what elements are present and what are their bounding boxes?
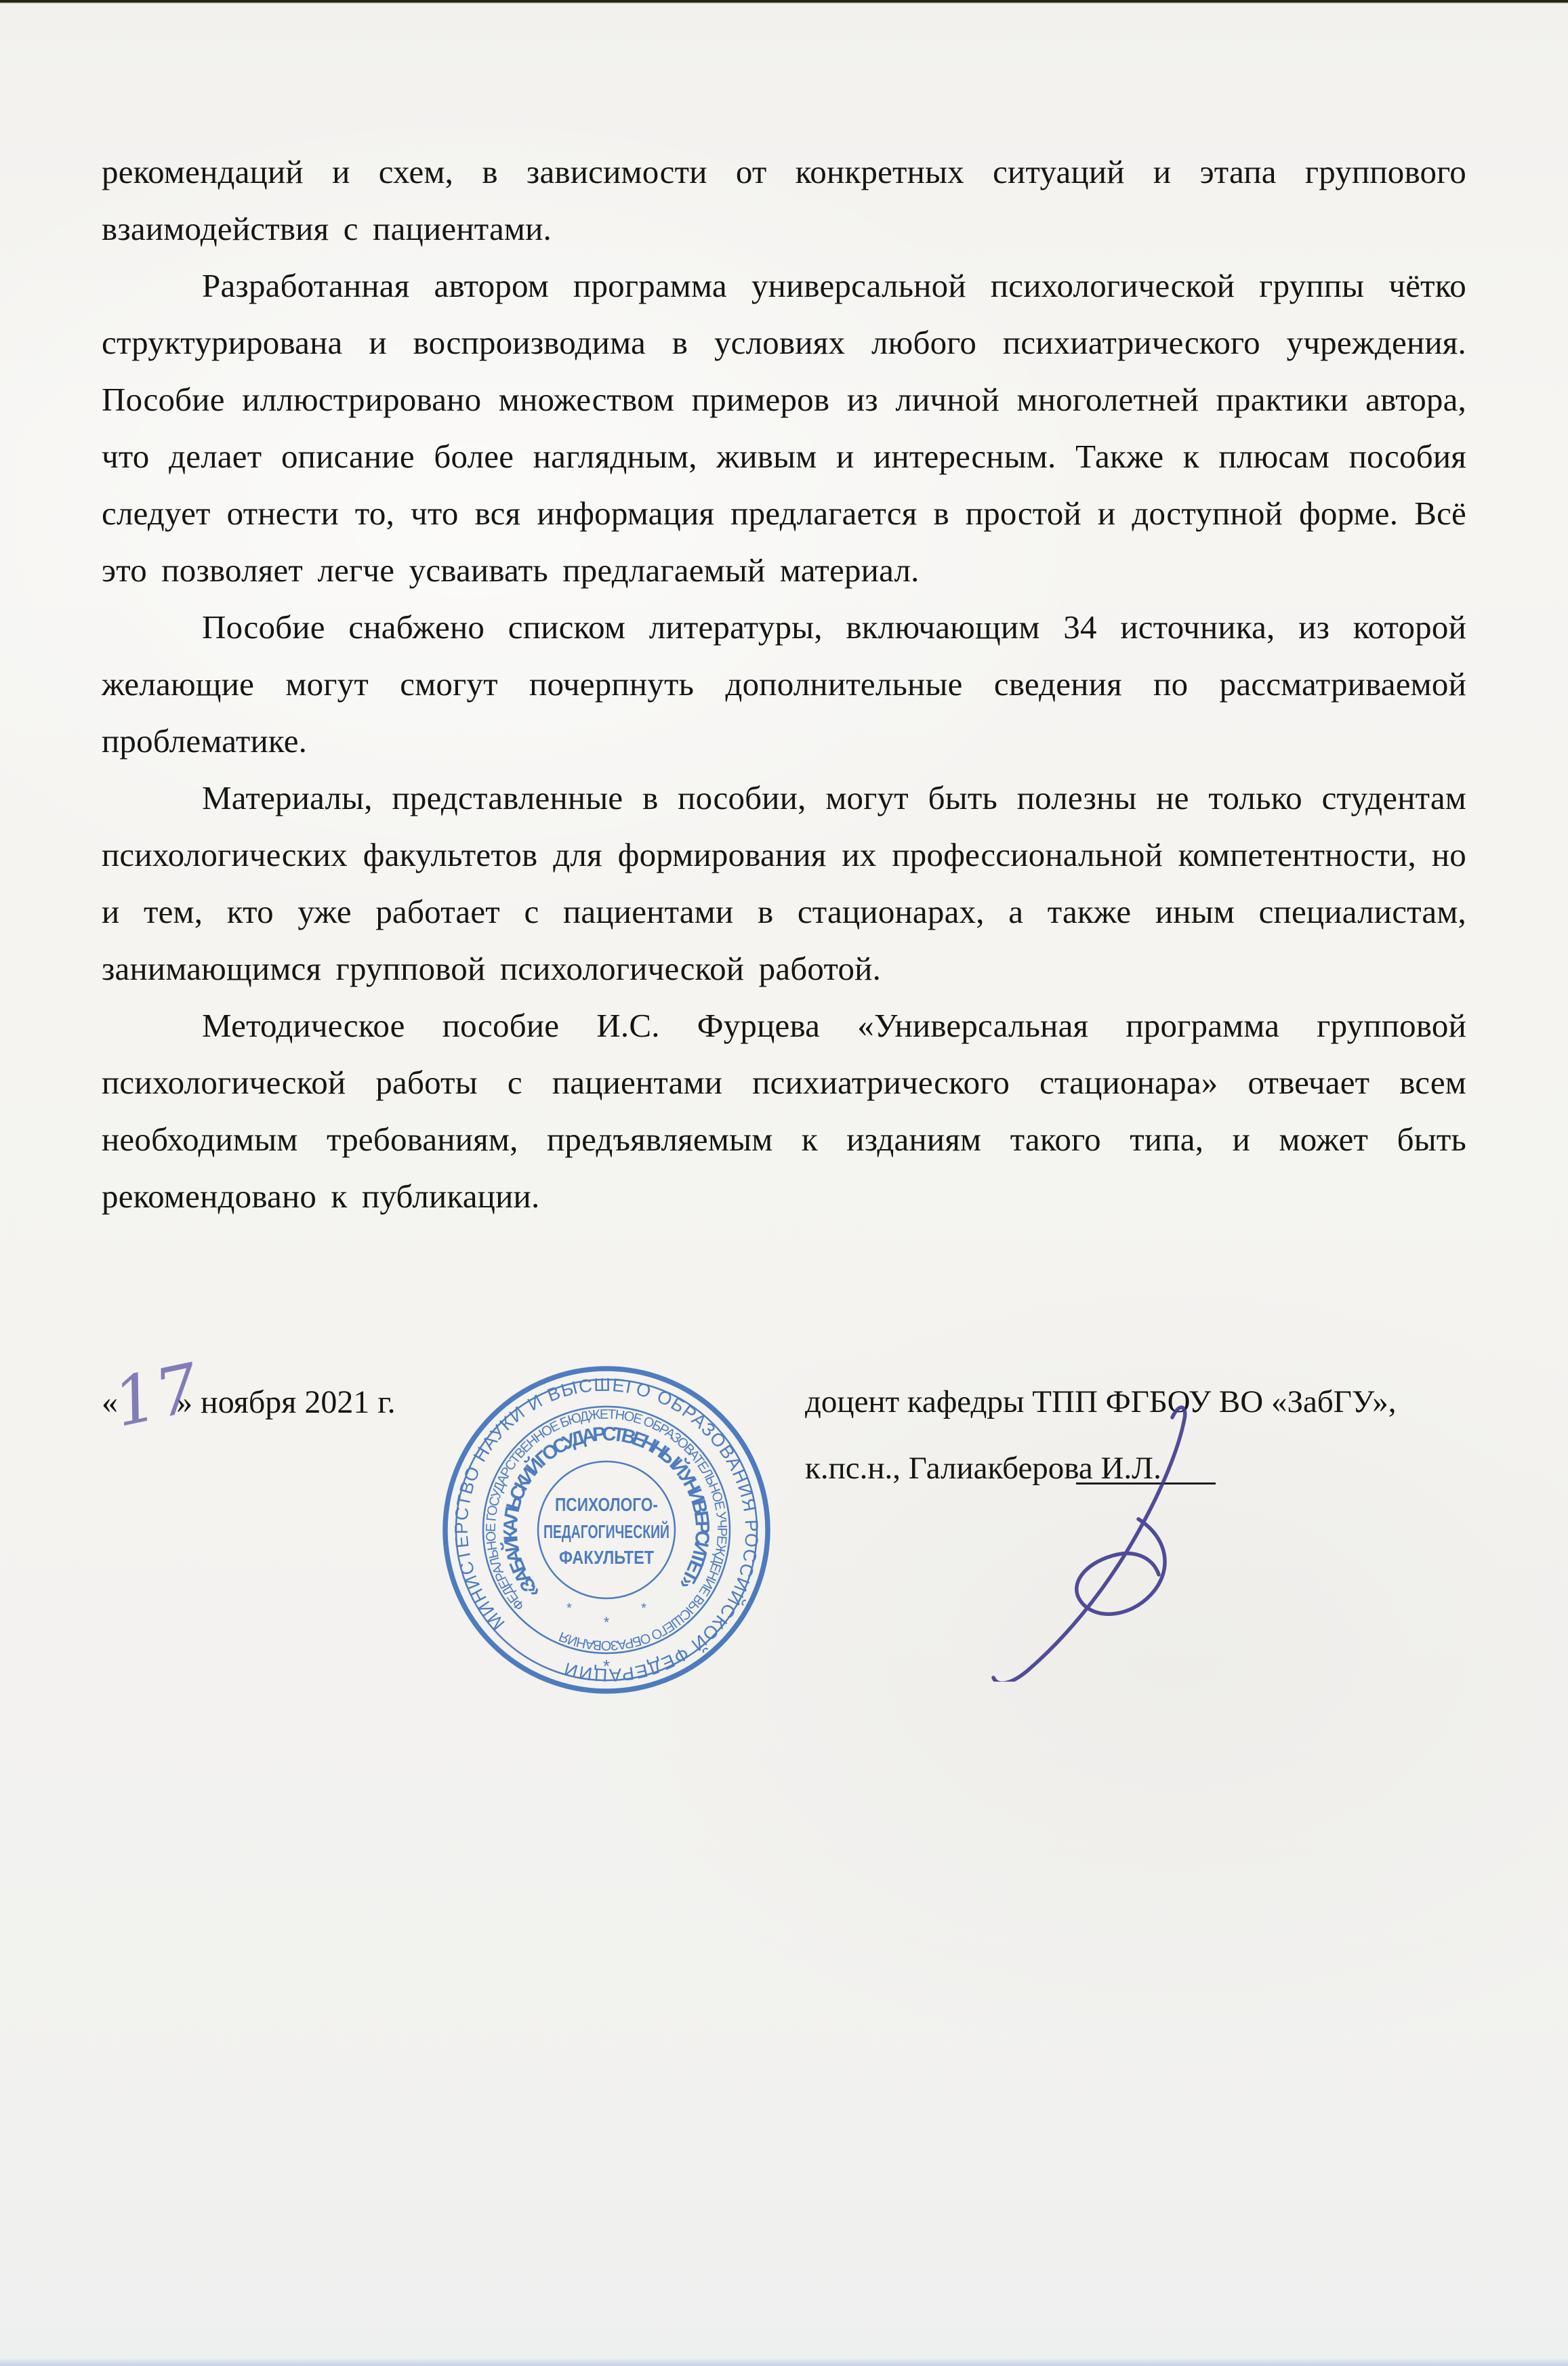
paragraph: Пособие снабжено списком литературы, вкл…	[102, 599, 1466, 770]
paragraph: Разработанная автором программа универса…	[102, 257, 1466, 599]
stamp-star-inner-right: *	[641, 1601, 646, 1616]
university-stamp: МИНИСТЕРСТВО НАУКИ И ВЫСШЕГО ОБРАЗОВАНИЯ…	[417, 1340, 796, 1720]
stamp-center-line2: ПЕДАГОГИЧЕСКИЙ	[543, 1520, 669, 1542]
scan-artifact-top-edge	[0, 0, 1568, 4]
stamp-center-line3: ФАКУЛЬТЕТ	[559, 1547, 654, 1568]
signature-stroke	[993, 1407, 1185, 1682]
stamp-star-outer-bottom: *	[603, 1656, 610, 1676]
handwritten-day-text: 17	[107, 1349, 206, 1442]
signature-loop	[1077, 1519, 1165, 1614]
paragraph: Материалы, представленные в пособии, мог…	[102, 770, 1466, 997]
scanned-review-page: рекомендаций и схем, в зависимости от ко…	[0, 0, 1568, 2366]
signature-ink	[935, 1397, 1247, 1682]
stamp-center-line1: ПСИХОЛОГО-	[555, 1494, 658, 1515]
paragraph: Методическое пособие И.С. Фурцева «Униве…	[102, 997, 1466, 1225]
review-body-text: рекомендаций и схем, в зависимости от ко…	[102, 144, 1466, 1225]
scan-artifact-bottom-edge	[0, 2358, 1568, 2366]
stamp-star-middle-bottom: *	[604, 1614, 610, 1631]
handwritten-day: 17	[99, 1347, 221, 1442]
paragraph: рекомендаций и схем, в зависимости от ко…	[102, 144, 1466, 257]
stamp-star-inner-left: *	[566, 1601, 572, 1616]
